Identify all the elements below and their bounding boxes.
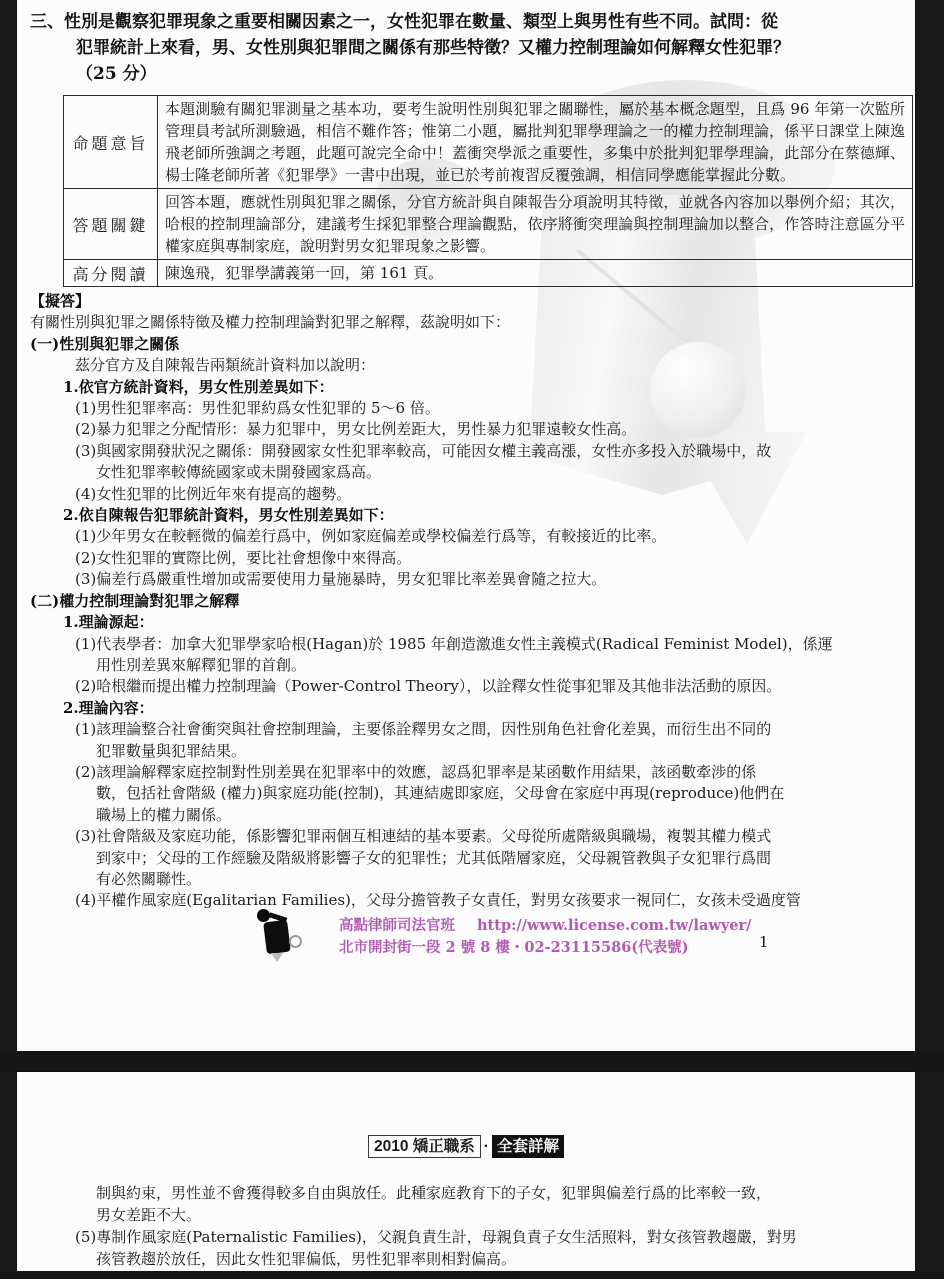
text-line: 2.理論內容： [30, 698, 907, 719]
series-title-box: 2010 矯正職系 [368, 1135, 481, 1158]
exam-info-table: 命題意旨 本題測驗有關犯罪測量之基本功，要考生說明性別與犯罪之關聯性，屬於基本概… [63, 95, 913, 287]
row-content: 回答本題，應就性別與犯罪之關係，分官方統計與自陳報告分項說明其特徵，並就各內容加… [158, 189, 913, 260]
text-line: (3)社會階級及家庭功能，係影響犯罪兩個互相連結的基本要素。父母從所處階級與職場… [30, 826, 907, 847]
text-line: (3)與國家開發狀況之關係：開發國家女性犯罪率較高，可能因女權主義高漲，女性亦多… [30, 441, 907, 462]
text-line: 1.依官方統計資料，男女性別差異如下： [30, 377, 907, 398]
page1-sheet: 三、性別是觀察犯罪現象之重要相關因素之一，女性犯罪在數量、類型上與男性有些不同。… [17, 0, 915, 1051]
page-separator-band [0, 1051, 944, 1072]
series-header: 2010 矯正職系·全套詳解 [17, 1135, 915, 1158]
text-line: (2)暴力犯罪之分配情形：暴力犯罪中，男女比例差距大，男性暴力犯罪遠較女性高。 [30, 419, 907, 440]
row-label: 高分閱讀 [64, 260, 158, 287]
text-line: 制與約束，男性並不會獲得較多自由與放任。此種家庭教育下的子女，犯罪與偏差行爲的比… [30, 1182, 915, 1204]
text-line: 犯罪統計上來看，男、女性別與犯罪間之關係有那些特徵？又權力控制理論如何解釋女性犯… [30, 35, 905, 61]
text-line: 2.依自陳報告犯罪統計資料，男女性別差異如下： [30, 505, 907, 526]
text-line: 孩管教趨於放任，因此女性犯罪偏低，男性犯罪率則相對偏高。 [30, 1248, 915, 1270]
text-line: 【擬答】 [30, 291, 907, 312]
page-footer: 高點律師司法官班http://www.license.com.tw/lawyer… [17, 903, 915, 973]
question-block: 三、性別是觀察犯罪現象之重要相關因素之一，女性犯罪在數量、類型上與男性有些不同。… [17, 0, 915, 91]
text-line: (1)該理論整合社會衝突與社會控制理論，主要係詮釋男女之間，因性別角色社會化差異… [30, 719, 907, 740]
text-line: 男女差距不大。 [30, 1204, 915, 1226]
text-line: （25 分） [30, 61, 905, 87]
text-line: (一)性別與犯罪之關係 [30, 334, 907, 355]
table-row: 答題關鍵 回答本題，應就性別與犯罪之關係，分官方統計與自陳報告分項說明其特徵，並… [64, 189, 913, 260]
text-line: (3)偏差行爲嚴重性增加或需要使用力量施暴時，男女犯罪比率差異會隨之拉大。 [30, 569, 907, 590]
series-separator: · [484, 1138, 489, 1156]
text-line: 有必然關聯性。 [30, 869, 907, 890]
text-line: (4)女性犯罪的比例近年來有提高的趨勢。 [30, 484, 907, 505]
text-line: 三、性別是觀察犯罪現象之重要相關因素之一，女性犯罪在數量、類型上與男性有些不同。… [30, 9, 905, 35]
footer-address: 北市開封街一段 2 號 8 樓・02-23115586(代表號) [339, 937, 751, 959]
text-line: 到家中；父母的工作經驗及階級將影響子女的犯罪性；尤其低階層家庭，父母親管教與子女… [30, 848, 907, 869]
school-name: 高點律師司法官班 [339, 917, 455, 934]
bottom-frame-strip [0, 1271, 944, 1279]
text-line: (2)哈根繼而提出權力控制理論（Power-Control Theory），以詮… [30, 676, 907, 697]
row-content: 本題測驗有關犯罪測量之基本功，要考生說明性別與犯罪之關聯性，屬於基本概念題型，且… [158, 96, 913, 189]
series-subtitle-box: 全套詳解 [492, 1135, 564, 1158]
continued-answer-block: 制與約束，男性並不會獲得較多自由與放任。此種家庭教育下的子女，犯罪與偏差行爲的比… [17, 1182, 915, 1270]
row-label: 答題關鍵 [64, 189, 158, 260]
screenshot-root: 三、性別是觀察犯罪現象之重要相關因素之一，女性犯罪在數量、類型上與男性有些不同。… [0, 0, 944, 1279]
text-line: 有關性別與犯罪之關係特徵及權力控制理論對犯罪之解釋，茲說明如下： [30, 312, 907, 333]
text-line: (1)男性犯罪率高：男性犯罪約爲女性犯罪的 5～6 倍。 [30, 398, 907, 419]
text-line: (1)代表學者：加拿大犯罪學家哈根(Hagan)於 1985 年創造激進女性主義… [30, 634, 907, 655]
text-line: 犯罪數量與犯罪結果。 [30, 741, 907, 762]
footer-url: http://www.license.com.tw/lawyer/ [477, 917, 751, 934]
page-number: 1 [759, 933, 769, 951]
row-content: 陳逸飛，犯罪學講義第一回，第 161 頁。 [158, 260, 913, 287]
text-line: 1.理論源起： [30, 612, 907, 633]
text-line: (5)專制作風家庭(Paternalistic Families)，父親負責生計… [30, 1226, 915, 1248]
text-line: 數，包括社會階級 (權力)與家庭功能(控制)，其連結處即家庭，父母會在家庭中再現… [30, 783, 907, 804]
table-row: 高分閱讀 陳逸飛，犯罪學講義第一回，第 161 頁。 [64, 260, 913, 287]
text-line: (4)平權作風家庭(Egalitarian Families)，父母分擔管教子女… [30, 890, 907, 911]
text-line: (1)少年男女在較輕微的偏差行爲中，例如家庭偏差或學校偏差行爲等，有較接近的比率… [30, 526, 907, 547]
text-line: (二)權力控制理論對犯罪之解釋 [30, 591, 907, 612]
text-line: 女性犯罪率較傳統國家或未開發國家爲高。 [30, 462, 907, 483]
model-answer-block: 【擬答】有關性別與犯罪之關係特徵及權力控制理論對犯罪之解釋，茲說明如下：(一)性… [17, 289, 915, 912]
page2-sheet: 2010 矯正職系·全套詳解 制與約束，男性並不會獲得較多自由與放任。此種家庭教… [17, 1072, 915, 1271]
table-row: 命題意旨 本題測驗有關犯罪測量之基本功，要考生說明性別與犯罪之關聯性，屬於基本概… [64, 96, 913, 189]
text-line: 職場上的權力關係。 [30, 805, 907, 826]
text-line: 茲分官方及自陳報告兩類統計資料加以說明： [30, 355, 907, 376]
row-label: 命題意旨 [64, 96, 158, 189]
text-line: (2)該理論解釋家庭控制對性別差異在犯罪率中的效應，認爲犯罪率是某函數作用結果，… [30, 762, 907, 783]
text-line: (2)女性犯罪的實際比例，要比社會想像中來得高。 [30, 548, 907, 569]
text-line: 用性別差異來解釋犯罪的首創。 [30, 655, 907, 676]
footer-line1: 高點律師司法官班http://www.license.com.tw/lawyer… [339, 915, 751, 937]
brand-logo-icon [255, 909, 301, 961]
